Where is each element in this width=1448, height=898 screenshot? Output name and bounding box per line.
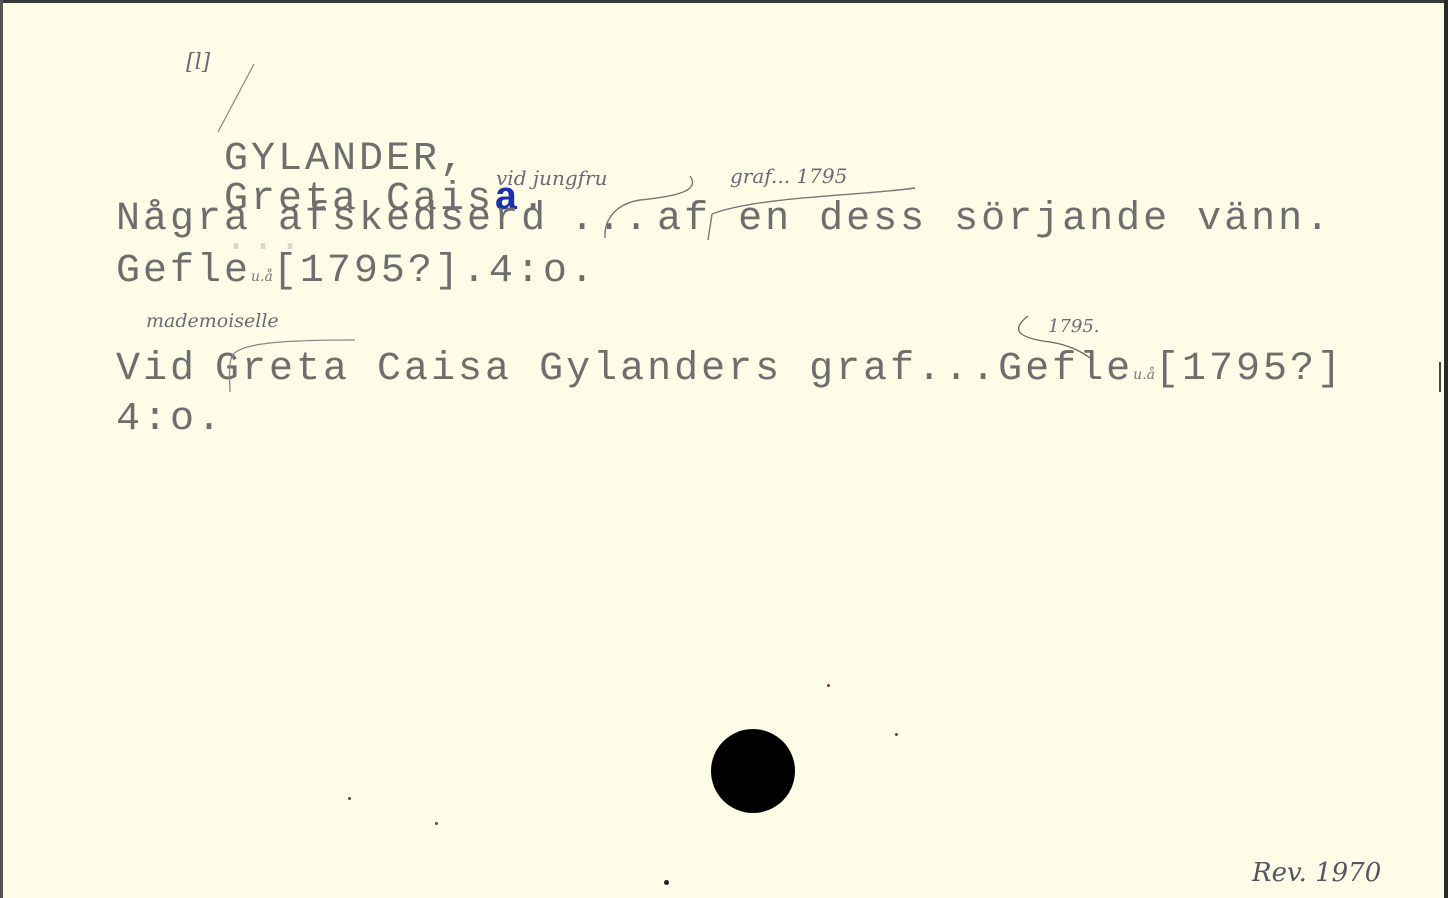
entry2-place: Gefle bbox=[998, 347, 1133, 392]
handwritten-annotation-top: [l] bbox=[186, 52, 210, 74]
handwritten-insert-vid-jungfru: vid jungfru bbox=[496, 168, 607, 188]
entry1-date: [1795?] bbox=[273, 249, 462, 294]
entry2-format-line: 4:o. bbox=[116, 400, 224, 440]
handwritten-insert-1795: 1795. bbox=[1048, 318, 1100, 336]
card-left-edge bbox=[0, 0, 3, 898]
punch-hole bbox=[711, 729, 795, 813]
handwritten-insert-mademoiselle: mademoiselle bbox=[146, 312, 279, 331]
entry2-title-part1: Vid bbox=[116, 347, 197, 392]
entry1-title-line: Några afskedserd...af en dess sörjande v… bbox=[116, 200, 1332, 240]
card-top-edge bbox=[0, 0, 1448, 3]
paper-speck bbox=[348, 797, 351, 800]
entry2-place-note: u.å bbox=[1133, 367, 1155, 383]
paper-speck bbox=[895, 733, 898, 736]
entry2-title-part2: Greta Caisa Gylanders graf... bbox=[215, 347, 998, 392]
entry1-place-note: u.å bbox=[251, 269, 273, 285]
entry2-date: [1795?] bbox=[1155, 347, 1344, 392]
handwritten-insert-graf-1795: graf... 1795 bbox=[730, 166, 847, 186]
paper-speck bbox=[664, 880, 669, 885]
entry1-place: Gefle bbox=[116, 249, 251, 294]
paper-speck bbox=[435, 822, 438, 825]
entry1-title-part2: afskedserd bbox=[278, 197, 548, 242]
card-right-edge bbox=[1444, 0, 1448, 898]
entry1-imprint-line: Gefleu.å[1795?].4:o. bbox=[116, 252, 597, 292]
catalog-card: [l] GYLANDER, Greta Caisa. ... vid jungf… bbox=[0, 0, 1448, 898]
revision-note: Rev. 1970 bbox=[1252, 860, 1381, 886]
entry1-ellipsis: ... bbox=[570, 197, 651, 242]
entry1-title-part3: af en dess sörjande vänn. bbox=[657, 197, 1332, 242]
heading-surname: GYLANDER, bbox=[224, 137, 467, 182]
entry1-format: .4:o. bbox=[462, 249, 597, 294]
entry1-title-part1: Några bbox=[116, 197, 278, 242]
paper-speck bbox=[827, 684, 830, 687]
entry2-title-line: VidGreta Caisa Gylanders graf...Gefleu.å… bbox=[116, 350, 1344, 390]
